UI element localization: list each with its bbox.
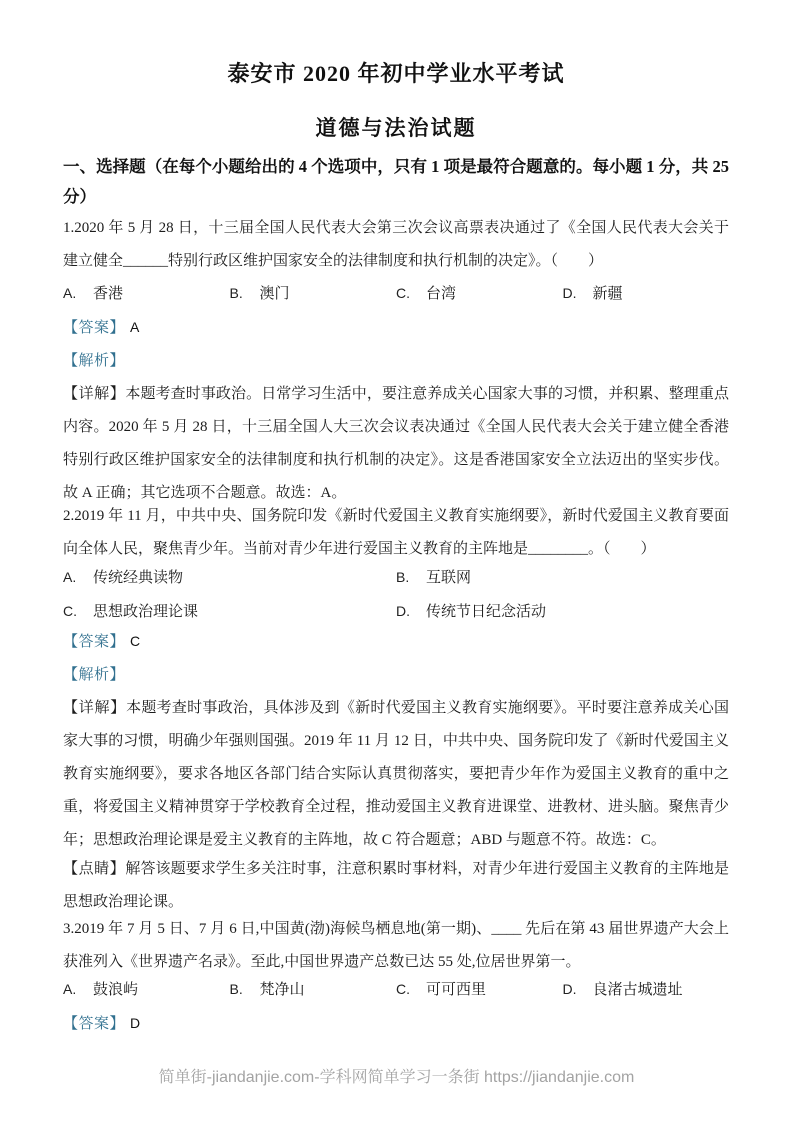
- option-d: D.传统节日纪念活动: [396, 595, 729, 629]
- question-1-stem: 1.2020 年 5 月 28 日，十三届全国人民代表大会第三次会议高票表决通过…: [63, 212, 729, 278]
- answer-label: 【答案】: [63, 634, 125, 650]
- exam-title: 泰安市 2020 年初中学业水平考试: [63, 58, 729, 90]
- option-key: C.: [396, 973, 426, 1006]
- option-d: D.新疆: [563, 277, 730, 311]
- question-1-options-row: A.香港 B.澳门 C.台湾 D.新疆: [63, 277, 729, 311]
- option-key: B.: [396, 561, 426, 594]
- question-2-stem: 2.2019 年 11 月，中共中央、国务院印发《新时代爱国主义教育实施纲要》，…: [63, 500, 729, 566]
- question-3-options-row: A.鼓浪屿 B.梵净山 C.可可西里 D.良渚古城遗址: [63, 973, 729, 1007]
- answer-label: 【答案】: [63, 320, 125, 336]
- option-key: A.: [63, 277, 93, 310]
- option-label: 可可西里: [426, 982, 486, 998]
- option-label: 台湾: [426, 286, 456, 302]
- option-label: 互联网: [426, 570, 471, 586]
- option-label: 新疆: [593, 286, 623, 302]
- option-a: A.鼓浪屿: [63, 973, 230, 1007]
- answer-value: C: [130, 633, 140, 649]
- highlight-label: 【点睛】: [63, 861, 125, 877]
- option-key: D.: [563, 973, 593, 1006]
- detail-text: 本题考查时事政治。日常学习生活中，要注意养成关心国家大事的习惯，并积累、整理重点…: [63, 386, 729, 501]
- option-label: 澳门: [260, 286, 290, 302]
- question-1-detail-paragraph: 【详解】本题考查时事政治。日常学习生活中，要注意养成关心国家大事的习惯，并积累、…: [63, 378, 729, 510]
- option-key: B.: [230, 973, 260, 1006]
- question-1-answer-line: 【答案】A: [63, 311, 729, 345]
- detail-label: 【详解】: [63, 386, 125, 402]
- option-key: B.: [230, 277, 260, 310]
- option-label: 鼓浪屿: [93, 982, 138, 998]
- option-a: A.香港: [63, 277, 230, 311]
- question-2-detail-paragraph: 【详解】本题考查时事政治，具体涉及到《新时代爱国主义教育实施纲要》。平时要注意养…: [63, 692, 729, 857]
- question-2: 2.2019 年 11 月，中共中央、国务院印发《新时代爱国主义教育实施纲要》，…: [63, 500, 729, 919]
- exam-document-page: 泰安市 2020 年初中学业水平考试 道德与法治试题 一、选择题（在每个小题给出…: [0, 0, 793, 1122]
- footer-watermark: 简单街-jiandanjie.com-学科网简单学习一条街 https://ji…: [0, 1064, 793, 1087]
- option-key: D.: [563, 277, 593, 310]
- option-d: D.良渚古城遗址: [563, 973, 730, 1007]
- option-label: 梵净山: [260, 982, 305, 998]
- question-2-options-grid: A.传统经典读物 B.互联网 C.思想政治理论课 D.传统节日纪念活动: [63, 561, 729, 629]
- option-label: 良渚古城遗址: [593, 982, 683, 998]
- option-c: C.思想政治理论课: [63, 595, 396, 629]
- section-heading: 一、选择题（在每个小题给出的 4 个选项中，只有 1 项是最符合题意的。每小题 …: [63, 152, 729, 212]
- detail-text: 本题考查时事政治，具体涉及到《新时代爱国主义教育实施纲要》。平时要注意养成关心国…: [63, 700, 729, 848]
- question-3-answer-line: 【答案】D: [63, 1007, 729, 1041]
- option-b: B.互联网: [396, 561, 729, 595]
- question-1: 1.2020 年 5 月 28 日，十三届全国人民代表大会第三次会议高票表决通过…: [63, 212, 729, 510]
- option-key: A.: [63, 973, 93, 1006]
- option-key: C.: [63, 595, 93, 628]
- exam-subtitle: 道德与法治试题: [63, 112, 729, 144]
- highlight-text: 解答该题要求学生多关注时事，注意积累时事材料，对青少年进行爱国主义教育的主阵地是…: [63, 861, 729, 910]
- question-2-answer-line: 【答案】C: [63, 625, 729, 659]
- detail-label: 【详解】: [63, 700, 126, 716]
- option-c: C.台湾: [396, 277, 563, 311]
- option-label: 传统经典读物: [93, 570, 183, 586]
- question-1-analysis-line: 【解析】: [63, 345, 729, 378]
- question-2-analysis-line: 【解析】: [63, 659, 729, 692]
- question-3-stem: 3.2019 年 7 月 5 日、7 月 6 日,中国黄(渤)海候鸟栖息地(第一…: [63, 913, 729, 979]
- option-a: A.传统经典读物: [63, 561, 396, 595]
- option-label: 思想政治理论课: [93, 604, 198, 620]
- option-label: 传统节日纪念活动: [426, 604, 546, 620]
- answer-value: A: [130, 319, 139, 335]
- question-3: 3.2019 年 7 月 5 日、7 月 6 日,中国黄(渤)海候鸟栖息地(第一…: [63, 913, 729, 1041]
- analysis-label: 【解析】: [63, 353, 125, 369]
- answer-label: 【答案】: [63, 1016, 125, 1032]
- option-key: A.: [63, 561, 93, 594]
- analysis-label: 【解析】: [63, 667, 125, 683]
- option-key: D.: [396, 595, 426, 628]
- option-label: 香港: [93, 286, 123, 302]
- option-b: B.梵净山: [230, 973, 397, 1007]
- option-b: B.澳门: [230, 277, 397, 311]
- option-c: C.可可西里: [396, 973, 563, 1007]
- question-2-highlight-paragraph: 【点睛】解答该题要求学生多关注时事，注意积累时事材料，对青少年进行爱国主义教育的…: [63, 853, 729, 919]
- option-key: C.: [396, 277, 426, 310]
- answer-value: D: [130, 1015, 140, 1031]
